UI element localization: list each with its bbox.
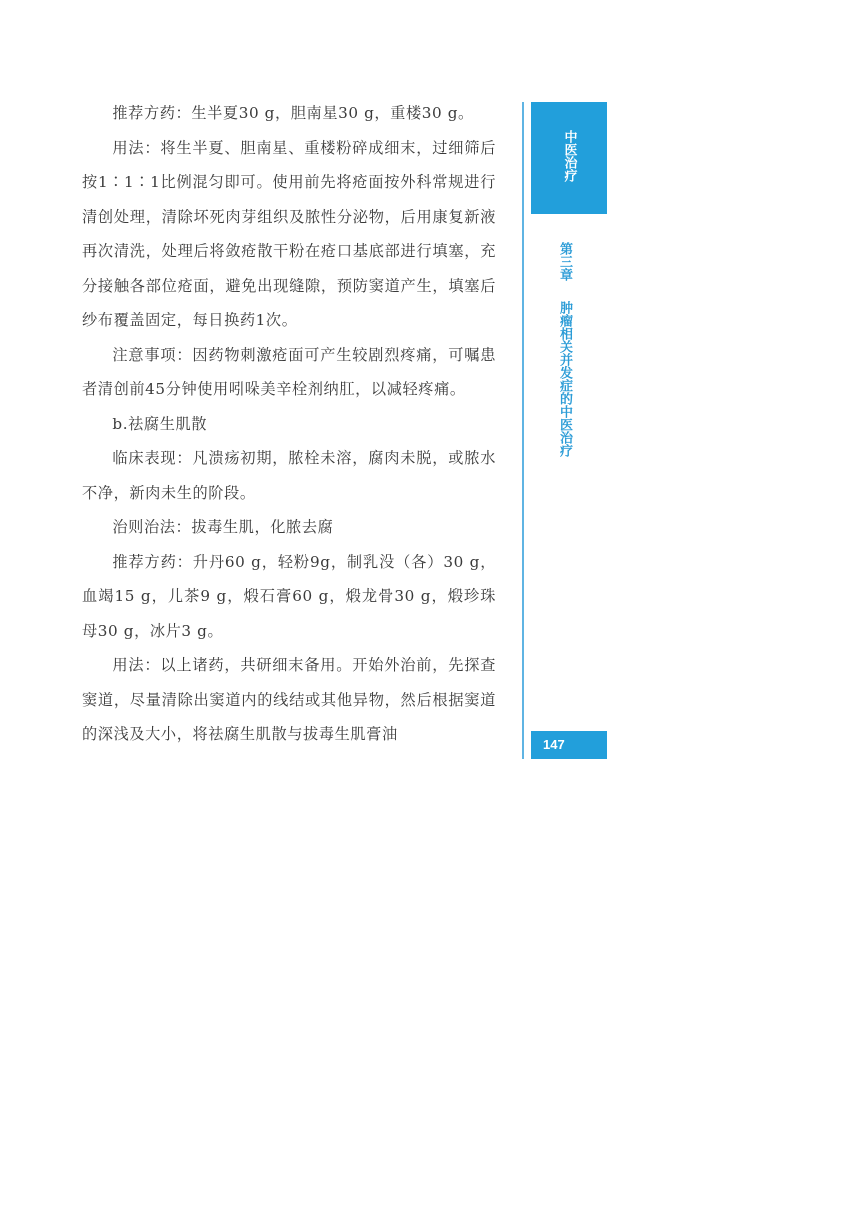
chapter-title: 肿瘤相关并发症的中医治疗 xyxy=(557,301,572,457)
paragraph-usage-2: 用法：以上诸药，共研细末备用。开始外治前，先探查窦道，尽量清除出窦道内的线结或其… xyxy=(82,648,496,752)
paragraph-usage-1: 用法：将生半夏、胆南星、重楼粉碎成细末，过细筛后按1∶1∶1比例混匀即可。使用前… xyxy=(82,131,496,338)
page-number-box: 147 xyxy=(531,731,607,759)
paragraph-recommended-formula-1: 推荐方药：生半夏30 g，胆南星30 g，重楼30 g。 xyxy=(82,96,496,131)
subheading-b: b.祛腐生肌散 xyxy=(82,407,496,442)
paragraph-clinical-manifestation: 临床表现：凡溃疡初期，脓栓未溶，腐肉未脱，或脓水不净，新肉未生的阶段。 xyxy=(82,441,496,510)
paragraph-recommended-formula-2: 推荐方药：升丹60 g，轻粉9g，制乳没（各）30 g，血竭15 g，儿茶9 g… xyxy=(82,545,496,649)
body-text: 推荐方药：生半夏30 g，胆南星30 g，重楼30 g。 用法：将生半夏、胆南星… xyxy=(82,96,496,752)
paragraph-treatment-principle: 治则治法：拔毒生肌，化脓去腐 xyxy=(82,510,496,545)
sidebar-divider xyxy=(522,102,524,759)
page-number: 147 xyxy=(543,737,565,752)
section-tab: 中医治疗 xyxy=(531,102,607,214)
paragraph-precautions: 注意事项：因药物刺激疮面可产生较剧烈疼痛，可嘱患者清创前45分钟使用吲哚美辛栓剂… xyxy=(82,338,496,407)
chapter-number: 第三章 xyxy=(557,242,572,281)
section-tab-label: 中医治疗 xyxy=(562,130,577,182)
chapter-heading: 第三章肿瘤相关并发症的中医治疗 xyxy=(555,242,571,457)
